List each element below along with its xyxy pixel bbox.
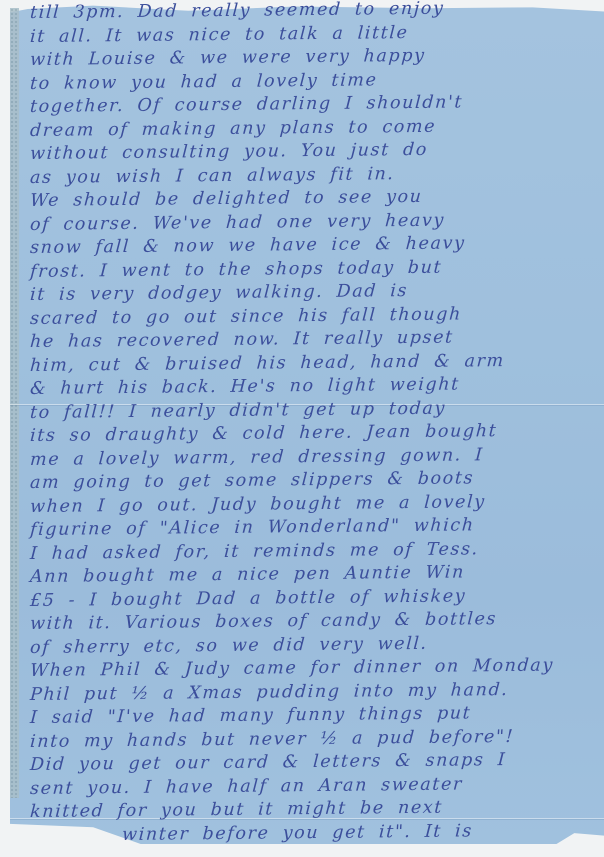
handwritten-letter-body: till 3pm. Dad really seemed to enjoy it … — [30, 2, 590, 848]
perforated-margin-strip — [10, 8, 19, 798]
